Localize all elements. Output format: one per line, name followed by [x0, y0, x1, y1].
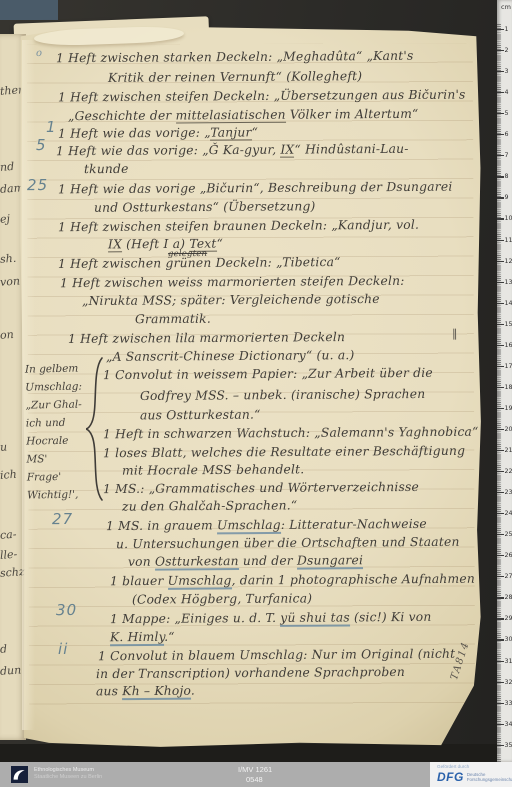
ruler-tick: [497, 555, 504, 556]
margin-number: 5: [36, 138, 47, 153]
bleed-through-fragment: on: [0, 327, 24, 342]
handwritten-text: 1 Convolut in weissem Papier: „Zur Arbei…: [103, 366, 433, 382]
handwritten-text: 1: [46, 118, 57, 136]
margin-note-line: ich und: [26, 413, 90, 432]
bleed-through-fragment: u: [0, 439, 24, 454]
handwritten-text: “: [216, 237, 223, 251]
handwritten-line: „A Sanscrit-Chinese Dictionary“ (u. a.): [106, 348, 355, 365]
handwritten-line: o: [36, 46, 42, 61]
ruler-label: 29: [505, 615, 512, 622]
bleed-through-fragment: lle-: [0, 547, 24, 562]
ruler-label: 25: [505, 531, 512, 538]
handwritten-text: IX: [108, 237, 122, 252]
handwritten-line: 1 Heft zwischen starken Deckeln: „Meghad…: [56, 49, 414, 66]
margin-number: 30: [56, 603, 77, 618]
handwritten-line: K. Himly.“: [110, 630, 175, 645]
handwritten-line: zu den Ghalčah-Sprachen.“: [122, 498, 297, 514]
bleed-through-fragment: schz: [0, 565, 24, 580]
handwritten-text: Völker im Altertum“: [286, 107, 419, 122]
ruler-tick: [497, 471, 504, 472]
ruler-label: 15: [505, 321, 512, 328]
inventory-number: I/MV 1261: [238, 765, 272, 775]
ruler-tick: [497, 92, 504, 93]
ruler-tick: [497, 745, 504, 746]
ruler-tick: [497, 366, 504, 367]
museum-logo-icon: [11, 766, 28, 783]
ruler-label: 7: [505, 152, 509, 159]
margin-note-line: Frage': [27, 467, 91, 486]
handwritten-line: 1 Heft zwischen lila marmorierten Deckel…: [68, 330, 345, 347]
handwritten-text: (sic!) Ki von: [350, 610, 432, 625]
ruler-label: 28: [505, 594, 512, 601]
handwritten-text: tkunde: [84, 162, 129, 176]
handwritten-line: 1 Heft zwischen grünen Deckeln: „Tibetic…: [58, 255, 341, 272]
ruler-tick: [497, 261, 504, 262]
handwritten-text: in der Transcription) vorhandene Sprachp…: [96, 665, 405, 681]
museum-org: Staatliche Museen zu Berlin: [34, 774, 102, 781]
handwritten-text: und der: [239, 554, 297, 568]
handwritten-line: 1 Heft zwischen steifen Deckeln: „Überse…: [58, 88, 466, 106]
bleed-through-fragment: von: [0, 274, 24, 289]
margin-note-line: Wichtig!',: [27, 485, 91, 504]
ruler-tick: [497, 513, 504, 514]
ruler-label: 12: [505, 258, 512, 265]
margin-brace: [86, 356, 106, 502]
ruler-tick: [497, 450, 504, 451]
handwritten-line: (Codex Högberg, Turfanica): [132, 591, 312, 607]
table-edge: [0, 0, 58, 20]
ruler-tick: [497, 50, 504, 51]
ruler-tick: [497, 724, 504, 725]
handwritten-line: Kritik der reinen Vernunft“ (Kollegheft): [108, 69, 362, 86]
ruler-label: 5: [505, 110, 509, 117]
handwritten-text: : Litteratur-Nachweise: [281, 517, 427, 532]
ruler-label: 1: [505, 26, 509, 33]
margin-annotation: In gelbem Umschlag: „Zur Ghal- ich und H…: [25, 359, 92, 504]
handwritten-text: Tanjur: [210, 125, 251, 140]
ruler-tick: [497, 345, 504, 346]
handwritten-line: Grammatik.: [135, 312, 211, 328]
measurement-ruler: cm 1234567891011121314151617181920212223…: [497, 0, 512, 762]
handwritten-text: ‖: [452, 327, 458, 340]
bleed-through-fragment: ca-: [0, 527, 24, 542]
handwritten-text: 1 Convolut in blauem Umschlag: Nur im Or…: [98, 647, 455, 663]
handwritten-text: 1 Heft zwischen weiss marmorierten steif…: [60, 274, 405, 290]
handwritten-text: 1 loses Blatt, welches die Resultate ein…: [103, 444, 465, 461]
handwritten-text: , darin 1 photographische Aufnahmen: [231, 572, 475, 588]
handwritten-text: yü shui tas: [280, 610, 350, 626]
handwritten-text: .: [191, 684, 195, 698]
handwritten-text: 1 Heft zwischen lila marmorierten Deckel…: [68, 330, 345, 346]
handwritten-text: 1 Heft wie das vorige „Bičurin“, Beschre…: [58, 180, 453, 197]
handwritten-text: Kh – Khojo: [122, 684, 191, 700]
handwritten-text: 1 Heft zwischen steifen braunen Deckeln:…: [58, 218, 419, 235]
margin-number: ii: [58, 642, 68, 657]
ruler-label: 4: [505, 89, 509, 96]
handwritten-text: “: [252, 125, 259, 139]
ruler-label: 26: [505, 552, 512, 559]
handwritten-text: Grammatik.: [135, 312, 211, 327]
handwritten-text: von: [128, 555, 155, 569]
ruler-tick: [497, 113, 504, 114]
handwritten-line: „Geschichte der mittelasiatischen Völker…: [68, 107, 419, 124]
ruler-label: 6: [505, 131, 509, 138]
bleed-through-fragment: d: [0, 641, 24, 656]
ruler-tick: [497, 240, 504, 241]
handwritten-line: von Ostturkestan und der Dsungarei: [128, 553, 363, 570]
ruler-tick: [497, 282, 504, 283]
ruler-label: 18: [505, 384, 512, 391]
ruler-label: 14: [505, 300, 512, 307]
handwritten-text: u. Untersuchungen über die Ortschaften u…: [116, 535, 460, 551]
ruler-label: 21: [505, 447, 512, 454]
margin-number: 25: [27, 178, 48, 193]
scan-number: 0548: [246, 775, 272, 785]
handwritten-text: 1 Heft zwischen grünen Deckeln: „Tibetic…: [58, 255, 341, 271]
handwritten-line: 1 Convolut in blauem Umschlag: Nur im Or…: [98, 647, 455, 664]
ruler-tick: [497, 155, 504, 156]
handwritten-line: mit Hocrale MSS behandelt.: [122, 462, 304, 478]
dfg-logo: DFG: [437, 770, 464, 784]
ruler-tick: [497, 218, 504, 219]
ruler-tick: [497, 639, 504, 640]
ruler-tick: [497, 176, 504, 177]
handwritten-text: 1 Heft wie das vorige: „Ǧ Ka-gyur,: [56, 143, 281, 159]
ruler-label: 30: [505, 636, 512, 643]
funder-prefix: Gefördert durch: [437, 764, 512, 769]
ruler-tick: [497, 492, 504, 493]
ruler-unit-label: cm: [501, 3, 511, 11]
funder-credit: Gefördert durch DFG Deutsche Forschungsg…: [437, 764, 512, 784]
handwritten-text: zu den Ghalčah-Sprachen.“: [122, 498, 297, 513]
ruler-tick: [497, 534, 504, 535]
museum-name: Ethnologisches Museum: [34, 767, 102, 774]
ruler-label: 11: [505, 237, 512, 244]
handwritten-line: Godfrey MSS. – unbek. (iranische) Sprach…: [140, 387, 425, 404]
handwritten-line: 1 Heft wie das vorige: „Ǧ Ka-gyur, IX“ H…: [56, 142, 409, 159]
handwritten-text: 1 MS. in grauem: [106, 518, 217, 533]
handwritten-text: mit Hocrale MSS behandelt.: [122, 462, 304, 477]
ruler-label: 34: [505, 721, 512, 728]
ruler-label: 3: [505, 68, 509, 75]
ruler-tick: [497, 387, 504, 388]
handwritten-text: 1 Heft zwischen steifen Deckeln: „Überse…: [58, 88, 466, 105]
margin-number: 27: [52, 512, 73, 527]
handwritten-line: „Nirukta MSS; später: Vergleichende goti…: [82, 292, 380, 309]
ruler-label: 32: [505, 679, 512, 686]
handwritten-text: (Codex Högberg, Turfanica): [132, 591, 312, 606]
handwritten-text: IX: [280, 143, 294, 158]
ruler-tick: [497, 682, 504, 683]
ruler-tick: [497, 576, 504, 577]
funder-name-line1: Deutsche: [467, 772, 486, 777]
handwritten-line: aus Ostturkestan.“: [140, 408, 261, 424]
ruler-label: 16: [505, 342, 512, 349]
handwritten-text: und Ostturkestans“ (Übersetzung): [94, 199, 316, 215]
ruler-tick: [497, 408, 504, 409]
ruler-tick: [497, 197, 504, 198]
handwritten-text: 5: [36, 136, 47, 154]
ruler-label: 33: [505, 700, 512, 707]
margin-note-line: Umschlag:: [25, 377, 89, 396]
bleed-through-fragment: ich: [0, 467, 24, 482]
funder-name: Deutsche Forschungsgemeinschaft: [467, 772, 512, 783]
handwritten-text: Godfrey MSS. – unbek. (iranische) Sprach…: [140, 387, 425, 403]
ruler-label: 10: [505, 215, 512, 222]
handwritten-text: “ Hindûstani-Lau-: [294, 142, 408, 157]
handwritten-text: K. Himly: [110, 630, 164, 646]
ruler-label: 19: [505, 405, 512, 412]
handwritten-text: Dsungarei: [297, 553, 363, 569]
ruler-tick: [497, 429, 504, 430]
handwritten-text: 27: [52, 510, 73, 528]
ruler-label: 20: [505, 426, 512, 433]
ruler-tick: [497, 303, 504, 304]
ruler-label: 35: [505, 742, 512, 749]
scanned-document-view: themnddamejsh.vononuichca-lle-schzddun o…: [0, 0, 512, 787]
ruler-label: 31: [505, 658, 512, 665]
handwritten-line: in der Transcription) vorhandene Sprachp…: [96, 665, 405, 682]
handwritten-text: 25: [27, 176, 48, 194]
ruler-label: 9: [505, 194, 509, 201]
handwritten-text: mittelasiatischen: [176, 108, 286, 124]
handwritten-text: Kritik der reinen Vernunft“ (Kollegheft): [108, 69, 362, 85]
ruler-label: 2: [505, 47, 509, 54]
footer-bar: Ethnologisches Museum Staatliche Museen …: [0, 762, 512, 787]
margin-note-line: Hocrale MS': [26, 431, 91, 468]
margin-note-line: In gelbem: [25, 359, 89, 378]
inventory-label: I/MV 1261 0548: [238, 765, 272, 785]
ruler-label: 17: [505, 363, 512, 370]
museum-credit: Ethnologisches Museum Staatliche Museen …: [34, 767, 102, 781]
handwritten-line: ‖: [452, 326, 458, 341]
ruler-label: 23: [505, 489, 512, 496]
handwritten-line: 1 Convolut in weissem Papier: „Zur Arbei…: [103, 366, 433, 383]
ruler-label: 27: [505, 573, 512, 580]
bleed-through-fragment: dun: [0, 663, 24, 678]
ruler-label: 24: [505, 510, 512, 517]
handwritten-text: Umschlag: [217, 518, 281, 534]
handwritten-text: aus Ostturkestan.“: [140, 408, 261, 423]
handwritten-line: und Ostturkestans“ (Übersetzung): [94, 199, 316, 216]
handwritten-text: Ostturkestan: [155, 554, 239, 571]
handwritten-text: 1 MS.: „Grammatisches und Wörterverzeich…: [103, 480, 419, 496]
handwritten-text: „Nirukta MSS; später: Vergleichende goti…: [82, 292, 380, 308]
handwritten-line: 1 Heft zwischen steifen braunen Deckeln:…: [58, 218, 419, 236]
handwritten-text: aus: [96, 684, 122, 698]
handwritten-text: 30: [56, 601, 77, 619]
ruler-label: 22: [505, 468, 512, 475]
handwritten-text: „A Sanscrit-Chinese Dictionary“ (u. a.): [106, 348, 355, 364]
handwritten-line: 1 Heft in schwarzen Wachstuch: „Salemann…: [103, 425, 479, 443]
ruler-label: 13: [505, 279, 512, 286]
handwritten-line: 1 Mappe: „Einiges u. d. T. yü shui tas (…: [110, 610, 432, 627]
ruler-tick: [497, 71, 504, 72]
handwritten-line: 1 Heft zwischen weiss marmorierten steif…: [60, 274, 405, 291]
handwritten-line: u. Untersuchungen über die Ortschaften u…: [116, 535, 460, 552]
handwritten-line: 1 loses Blatt, welches die Resultate ein…: [103, 444, 465, 462]
ruler-tick: [497, 703, 504, 704]
handwritten-text: 1 Mappe: „Einiges u. d. T.: [110, 611, 280, 626]
handwritten-line: 1 blauer Umschlag, darin 1 photographisc…: [110, 572, 475, 590]
handwritten-line: tkunde: [84, 162, 129, 177]
ruler-tick: [497, 618, 504, 619]
margin-note-line: „Zur Ghal-: [25, 395, 89, 414]
ruler-tick: [497, 134, 504, 135]
handwritten-text: .“: [164, 630, 175, 644]
museum-logo: [11, 766, 28, 783]
handwritten-line: 1 Heft wie das vorige: „Tanjur“: [58, 125, 258, 141]
backdrop-shadow-band: [0, 744, 512, 762]
handwritten-line: 1 Heft wie das vorige „Bičurin“, Beschre…: [58, 180, 453, 198]
funder-name-line2: Forschungsgemeinschaft: [467, 777, 512, 782]
handwritten-text: 1 Heft in schwarzen Wachstuch: „Salemann…: [103, 425, 479, 442]
handwritten-text: 1 blauer: [110, 574, 168, 588]
handwritten-text: Umschlag: [168, 573, 232, 589]
margin-number: 1: [46, 120, 57, 135]
handwritten-text: „Geschichte der: [68, 108, 176, 123]
handwritten-text: ii: [58, 640, 68, 658]
ruler-tick: [497, 661, 504, 662]
handwritten-text: 1 Heft wie das vorige: „: [58, 126, 210, 141]
handwritten-text: 1 Heft zwischen starken Deckeln: „Meghad…: [56, 49, 414, 65]
handwritten-line: 1 MS. in grauem Umschlag: Litteratur-Nac…: [106, 517, 427, 534]
ruler-tick: [497, 597, 504, 598]
ruler-tick: [497, 29, 504, 30]
handwritten-text: o: [36, 48, 42, 59]
ruler-tick: [497, 324, 504, 325]
handwritten-line: 1 MS.: „Grammatisches und Wörterverzeich…: [103, 480, 419, 497]
handwritten-line: aus Kh – Khojo.: [96, 684, 195, 700]
ruler-label: 8: [505, 173, 509, 180]
